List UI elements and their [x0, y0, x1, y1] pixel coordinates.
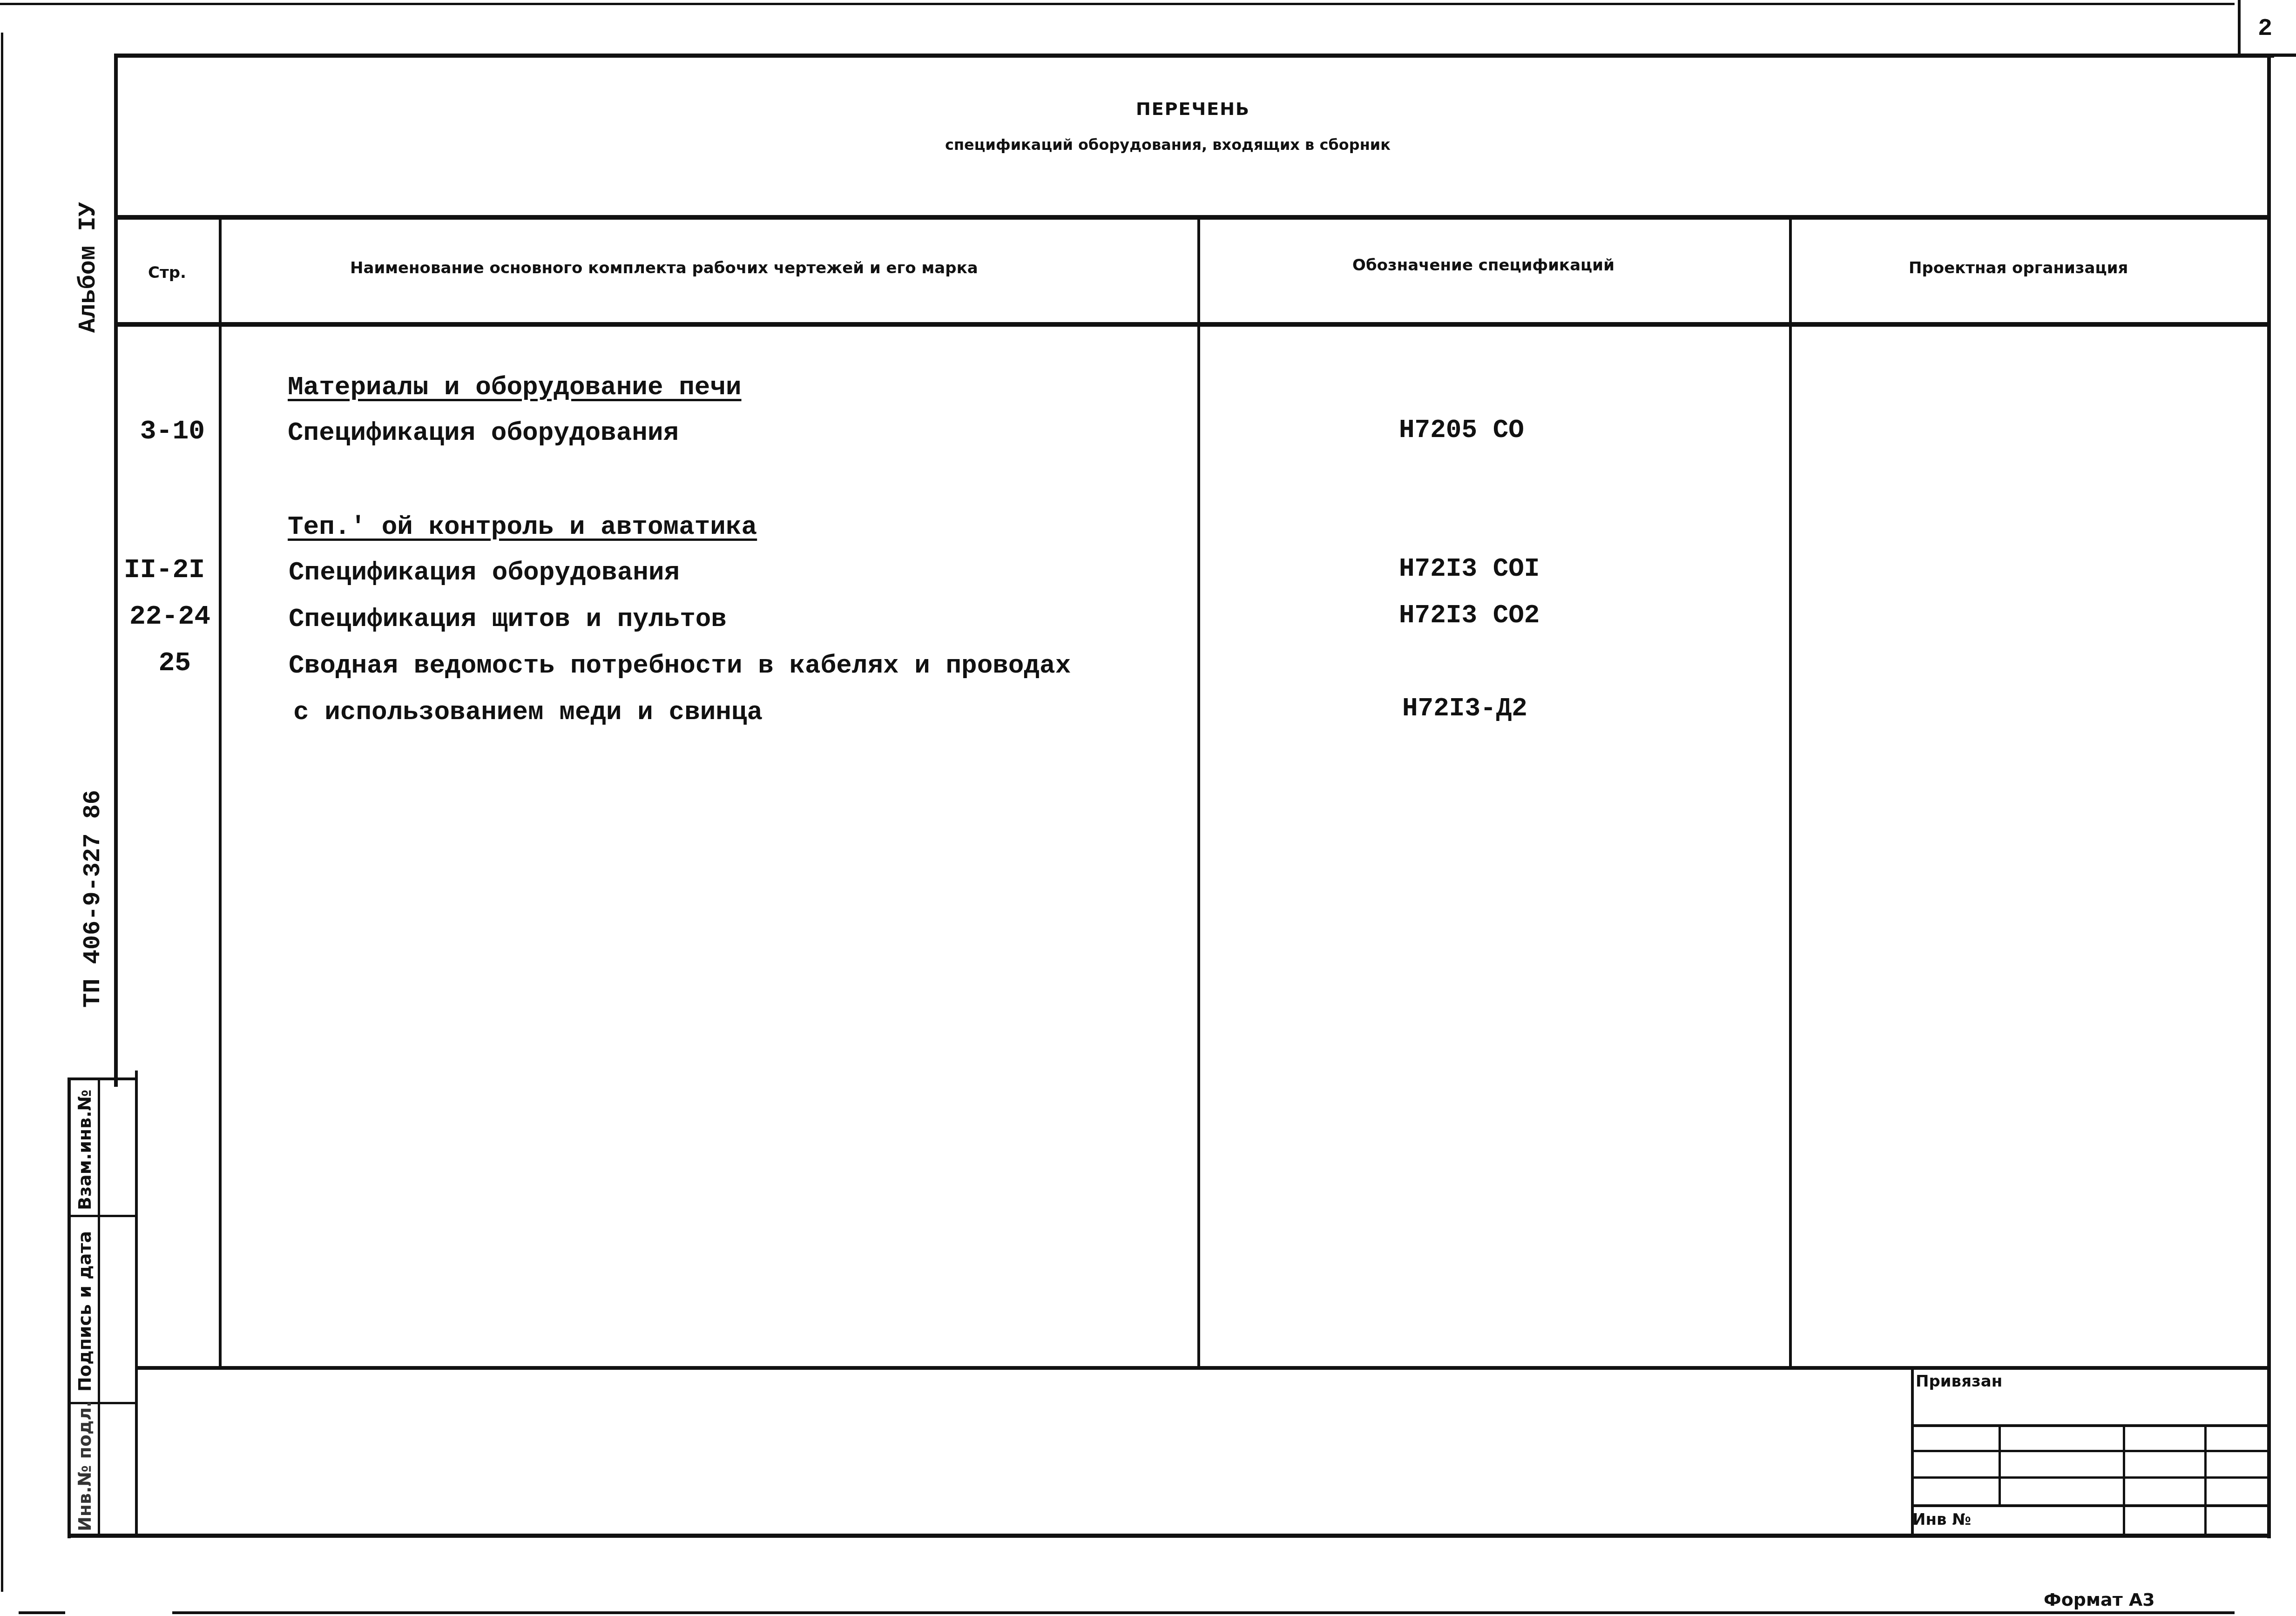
header-designation: Обозначение спецификаций: [1352, 256, 1614, 275]
row-designation: Н72I3 СО2: [1399, 600, 1540, 630]
row-page: 25: [102, 648, 191, 679]
frame-right: [2267, 54, 2271, 1538]
sheet-format: Формат А3: [2044, 1589, 2155, 1610]
document-title: ПЕРЕЧЕНЬ: [1136, 99, 1250, 119]
stamp-signature-date: Подпись и дата: [74, 1231, 95, 1392]
row-designation: Н72I3-Д2: [1402, 694, 1527, 723]
title-block-row3: [1911, 1476, 2269, 1479]
header-bottom-line: [116, 322, 2269, 327]
header-name: Наименование основного комплекта рабочих…: [350, 259, 978, 277]
header-organization: Проектная организация: [1909, 259, 2128, 277]
album-label: Альбом IУ: [74, 202, 102, 333]
section-heading-automation: Теп.' ой контроль и автоматика: [288, 512, 757, 542]
sheet-number: 2: [2258, 15, 2272, 42]
sheet-number-box-left: [2238, 0, 2241, 56]
stamp-replace-inv: Взам.инв.№: [74, 1090, 95, 1210]
header-page: Стр.: [148, 263, 186, 282]
header-top-line: [116, 215, 2269, 220]
row-designation: Н72I3 СОI: [1399, 554, 1540, 584]
bottom-strip-left: [135, 1071, 138, 1536]
page-left-edge: [1, 33, 3, 1592]
frame-bottom: [68, 1534, 2271, 1538]
row-page: II-2I: [116, 555, 205, 586]
row-name: Спецификация оборудования: [289, 558, 680, 587]
row-page: 22-24: [122, 602, 210, 632]
title-block-col3: [2204, 1425, 2207, 1536]
row-name: Сводная ведомость потребности в кабелях …: [289, 651, 1071, 680]
row-designation: Н7205 СО: [1399, 415, 1524, 445]
title-block-col2: [2123, 1425, 2125, 1536]
frame-top: [114, 54, 2274, 58]
title-block-row2: [1911, 1450, 2269, 1452]
stamp-row1: [68, 1215, 137, 1217]
title-block-row1: [1911, 1424, 2269, 1427]
section-heading-furnace: Материалы и оборудование печи: [288, 372, 742, 402]
stamp-original-inv: Инв.№ подл.: [74, 1401, 95, 1531]
title-block-row4: [1911, 1504, 2269, 1507]
document-subtitle: спецификаций оборудования, входящих в сб…: [945, 136, 1391, 154]
bound-label: Привязан: [1916, 1372, 2002, 1391]
stamp-divider: [98, 1077, 100, 1536]
page-top-edge: [0, 3, 2235, 5]
col-divider-designation: [1789, 215, 1792, 1368]
col-divider-name: [1197, 215, 1200, 1368]
stamp-left: [68, 1077, 71, 1538]
title-block-col1: [1999, 1425, 2001, 1505]
row-name: Спецификация оборудования: [288, 418, 679, 448]
footer-line-left: [19, 1611, 65, 1614]
inventory-label: Инв №: [1912, 1510, 1971, 1529]
stamp-top: [68, 1077, 137, 1080]
footer-line-right: [172, 1611, 2235, 1614]
col-divider-page: [219, 219, 222, 1368]
row-name: Спецификация щитов и пультов: [289, 604, 727, 634]
row-name-continued: с использованием меди и свинца: [293, 697, 763, 727]
sheet-number-box-bottom: [2238, 54, 2296, 57]
project-code: ТП 406-9-327 86: [79, 790, 107, 1008]
bottom-strip-top: [135, 1366, 2269, 1370]
row-page: 3-10: [116, 417, 205, 447]
